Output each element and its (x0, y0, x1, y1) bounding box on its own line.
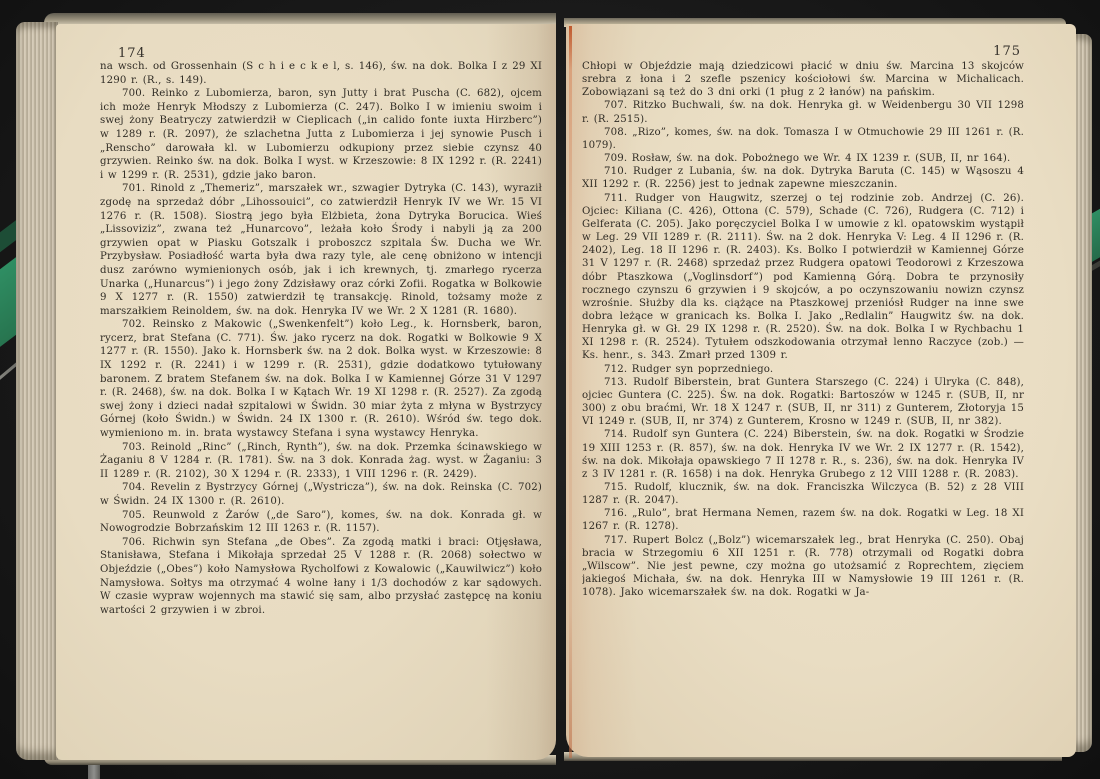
entry-703: 703. Reinold „Rinc” („Rinch, Rynth”), św… (100, 441, 542, 482)
entry-711: 711. Rudger von Haugwitz, szerzej o tej … (582, 192, 1024, 363)
entry-716: 716. „Rulo”, brat Hermana Nemen, razem ś… (582, 507, 1024, 533)
entry-700: 700. Reinko z Lubomierza, baron, syn Jut… (100, 87, 542, 182)
entry-704: 704. Revelin z Bystrzycy Górnej („Wystri… (100, 481, 542, 508)
book-scan-photo: { "book": { "left_page": { "page_number"… (0, 0, 1100, 779)
entry-712: 712. Rudger syn poprzedniego. (582, 363, 1024, 376)
entry-713: 713. Rudolf Biberstein, brat Guntera Sta… (582, 376, 1024, 429)
text-column-left: na wsch. od Grossenhain (S c h i e c k e… (100, 60, 542, 710)
entry-705: 705. Reunwold z Żarów („de Saro”), komes… (100, 509, 542, 536)
entry-701: 701. Rinold z „Themeriz”, marszałek wr.,… (100, 182, 542, 318)
entry-710: 710. Rudger z Lubania, św. na dok. Dytry… (582, 165, 1024, 191)
book-gutter-crease (569, 26, 572, 758)
page-number-left: 174 (118, 46, 146, 61)
entry-715: 715. Rudolf, klucznik, św. na dok. Franc… (582, 481, 1024, 507)
fore-edge-pages-left (16, 22, 58, 760)
page-number-right: 175 (961, 44, 1021, 59)
entry-714: 714. Rudolf syn Guntera (C. 224) Biberst… (582, 428, 1024, 481)
continuation-paragraph-left: na wsch. od Grossenhain (S c h i e c k e… (100, 60, 542, 87)
entry-706: 706. Richwin syn Stefana „de Obes”. Za z… (100, 536, 542, 618)
entry-717: 717. Rupert Bolcz („Bolz”) wicemarszałek… (582, 534, 1024, 600)
continuation-paragraph-right: Chłopi w Objeździe mają dziedzicowi płac… (582, 60, 1024, 99)
text-column-right: Chłopi w Objeździe mają dziedzicowi płac… (582, 60, 1024, 720)
entry-702: 702. Reinsko z Makowic („Swenkenfelt”) k… (100, 318, 542, 440)
entry-708: 708. „Rizo”, komes, św. na dok. Tomasza … (582, 126, 1024, 152)
open-book: 174 175 na wsch. od Grossenhain (S c h i… (16, 10, 1094, 768)
entry-707: 707. Ritzko Buchwali, św. na dok. Henryk… (582, 99, 1024, 125)
entry-709: 709. Rosław, św. na dok. Pobożnego we Wr… (582, 152, 1024, 165)
